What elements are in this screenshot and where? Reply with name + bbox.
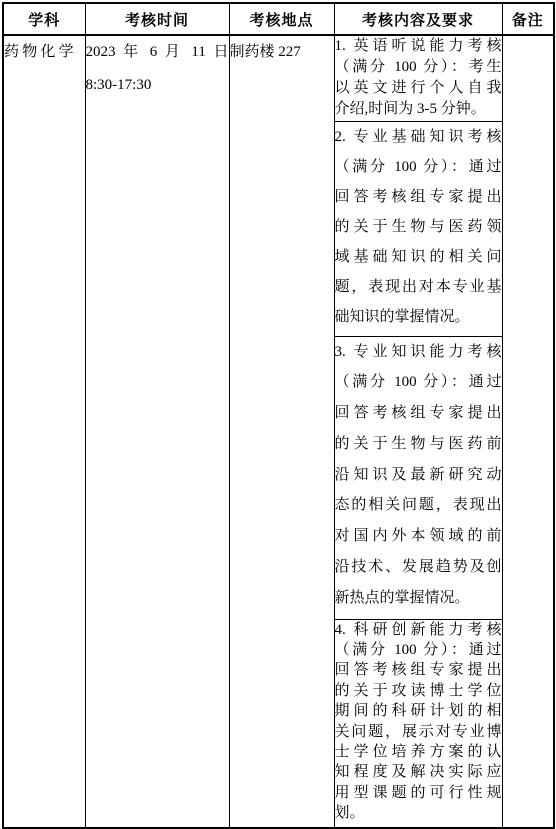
content-item-3: 3. 专业知识能力考核（满分 100 分）：通过回答考核组专家提出的关于生物与医… — [334, 336, 502, 619]
text-line: 知程度及解决实际应 — [335, 762, 502, 782]
header-cell-remarks: 备注 — [502, 3, 554, 35]
text-line: （满分 100 分）：通过 — [335, 640, 502, 660]
subject-cell: 药物化学 — [3, 35, 85, 828]
header-cell-content: 考核内容及要求 — [334, 3, 502, 35]
text-line: 态的相关问题，表现出 — [335, 490, 502, 521]
content-item-2: 2. 专业基础知识考核（满分 100 分）：通过回答考核组专家提出的关于生物与医… — [334, 121, 502, 336]
text-line: 沿技术、发展趋势及创 — [335, 552, 502, 583]
text-line: 介绍,时间为 3-5 分钟。 — [335, 99, 502, 120]
text-line: 士学位培养方案的认 — [335, 742, 502, 762]
text-line: 4. 科研创新能力考核 — [335, 620, 502, 640]
table-row: 药物化学 2023 年 6 月 11 日8:30-17:30 制药楼 227 1… — [3, 35, 554, 121]
time-cell: 2023 年 6 月 11 日8:30-17:30 — [85, 35, 229, 828]
remarks-cell — [502, 35, 554, 828]
text-line: （满分 100 分）：通过 — [335, 367, 502, 398]
location-cell: 制药楼 227 — [229, 35, 334, 828]
text-line: 8:30-17:30 — [86, 69, 229, 102]
assessment-schedule-table: 学科 考核时间 考核地点 考核内容及要求 备注 药物化学 2023 年 6 月 … — [2, 2, 555, 829]
content-item-4: 4. 科研创新能力考核（满分 100 分）：通过回答考核组专家提出的关于攻读博士… — [334, 619, 502, 828]
text-line: 2023 年 6 月 11 日 — [86, 36, 229, 69]
header-row: 学科 考核时间 考核地点 考核内容及要求 备注 — [3, 3, 554, 35]
text-line: 题，表现出对本专业基 — [335, 272, 502, 302]
text-line: 新热点的掌握情况。 — [335, 583, 502, 614]
text-line: 以英文进行个人自我 — [335, 78, 502, 99]
text-line: 础知识的掌握情况。 — [335, 302, 502, 332]
text-line: 回答考核组专家提出 — [335, 660, 502, 680]
text-line: 回答考核组专家提出 — [335, 182, 502, 212]
text-line: 回答考核组专家提出 — [335, 398, 502, 429]
text-line: 域基础知识的相关问 — [335, 242, 502, 272]
header-cell-time: 考核时间 — [85, 3, 229, 35]
text-line: 3. 专业知识能力考核 — [335, 337, 502, 368]
text-line: 的关于生物与医药领 — [335, 212, 502, 242]
text-line: 用型课题的可行性规 — [335, 783, 502, 803]
text-line: 的关于攻读博士学位 — [335, 681, 502, 701]
text-line: 划。 — [335, 803, 502, 823]
text-line: 期间的科研计划的相 — [335, 701, 502, 721]
document-page: 学科 考核时间 考核地点 考核内容及要求 备注 药物化学 2023 年 6 月 … — [0, 2, 556, 829]
text-line: （满分 100 分）：考生 — [335, 57, 502, 78]
text-line: 2. 专业基础知识考核 — [335, 122, 502, 152]
text-line: 1. 英语听说能力考核 — [335, 36, 502, 57]
header-cell-subject: 学科 — [3, 3, 85, 35]
text-line: （满分 100 分）：通过 — [335, 152, 502, 182]
text-line: 关问题，展示对专业博 — [335, 722, 502, 742]
header-cell-location: 考核地点 — [229, 3, 334, 35]
text-line: 的关于生物与医药前 — [335, 429, 502, 460]
text-line: 对国内外本领域的前 — [335, 521, 502, 552]
text-line: 沿知识及最新研究动 — [335, 460, 502, 491]
content-item-1: 1. 英语听说能力考核（满分 100 分）：考生以英文进行个人自我介绍,时间为 … — [334, 35, 502, 121]
